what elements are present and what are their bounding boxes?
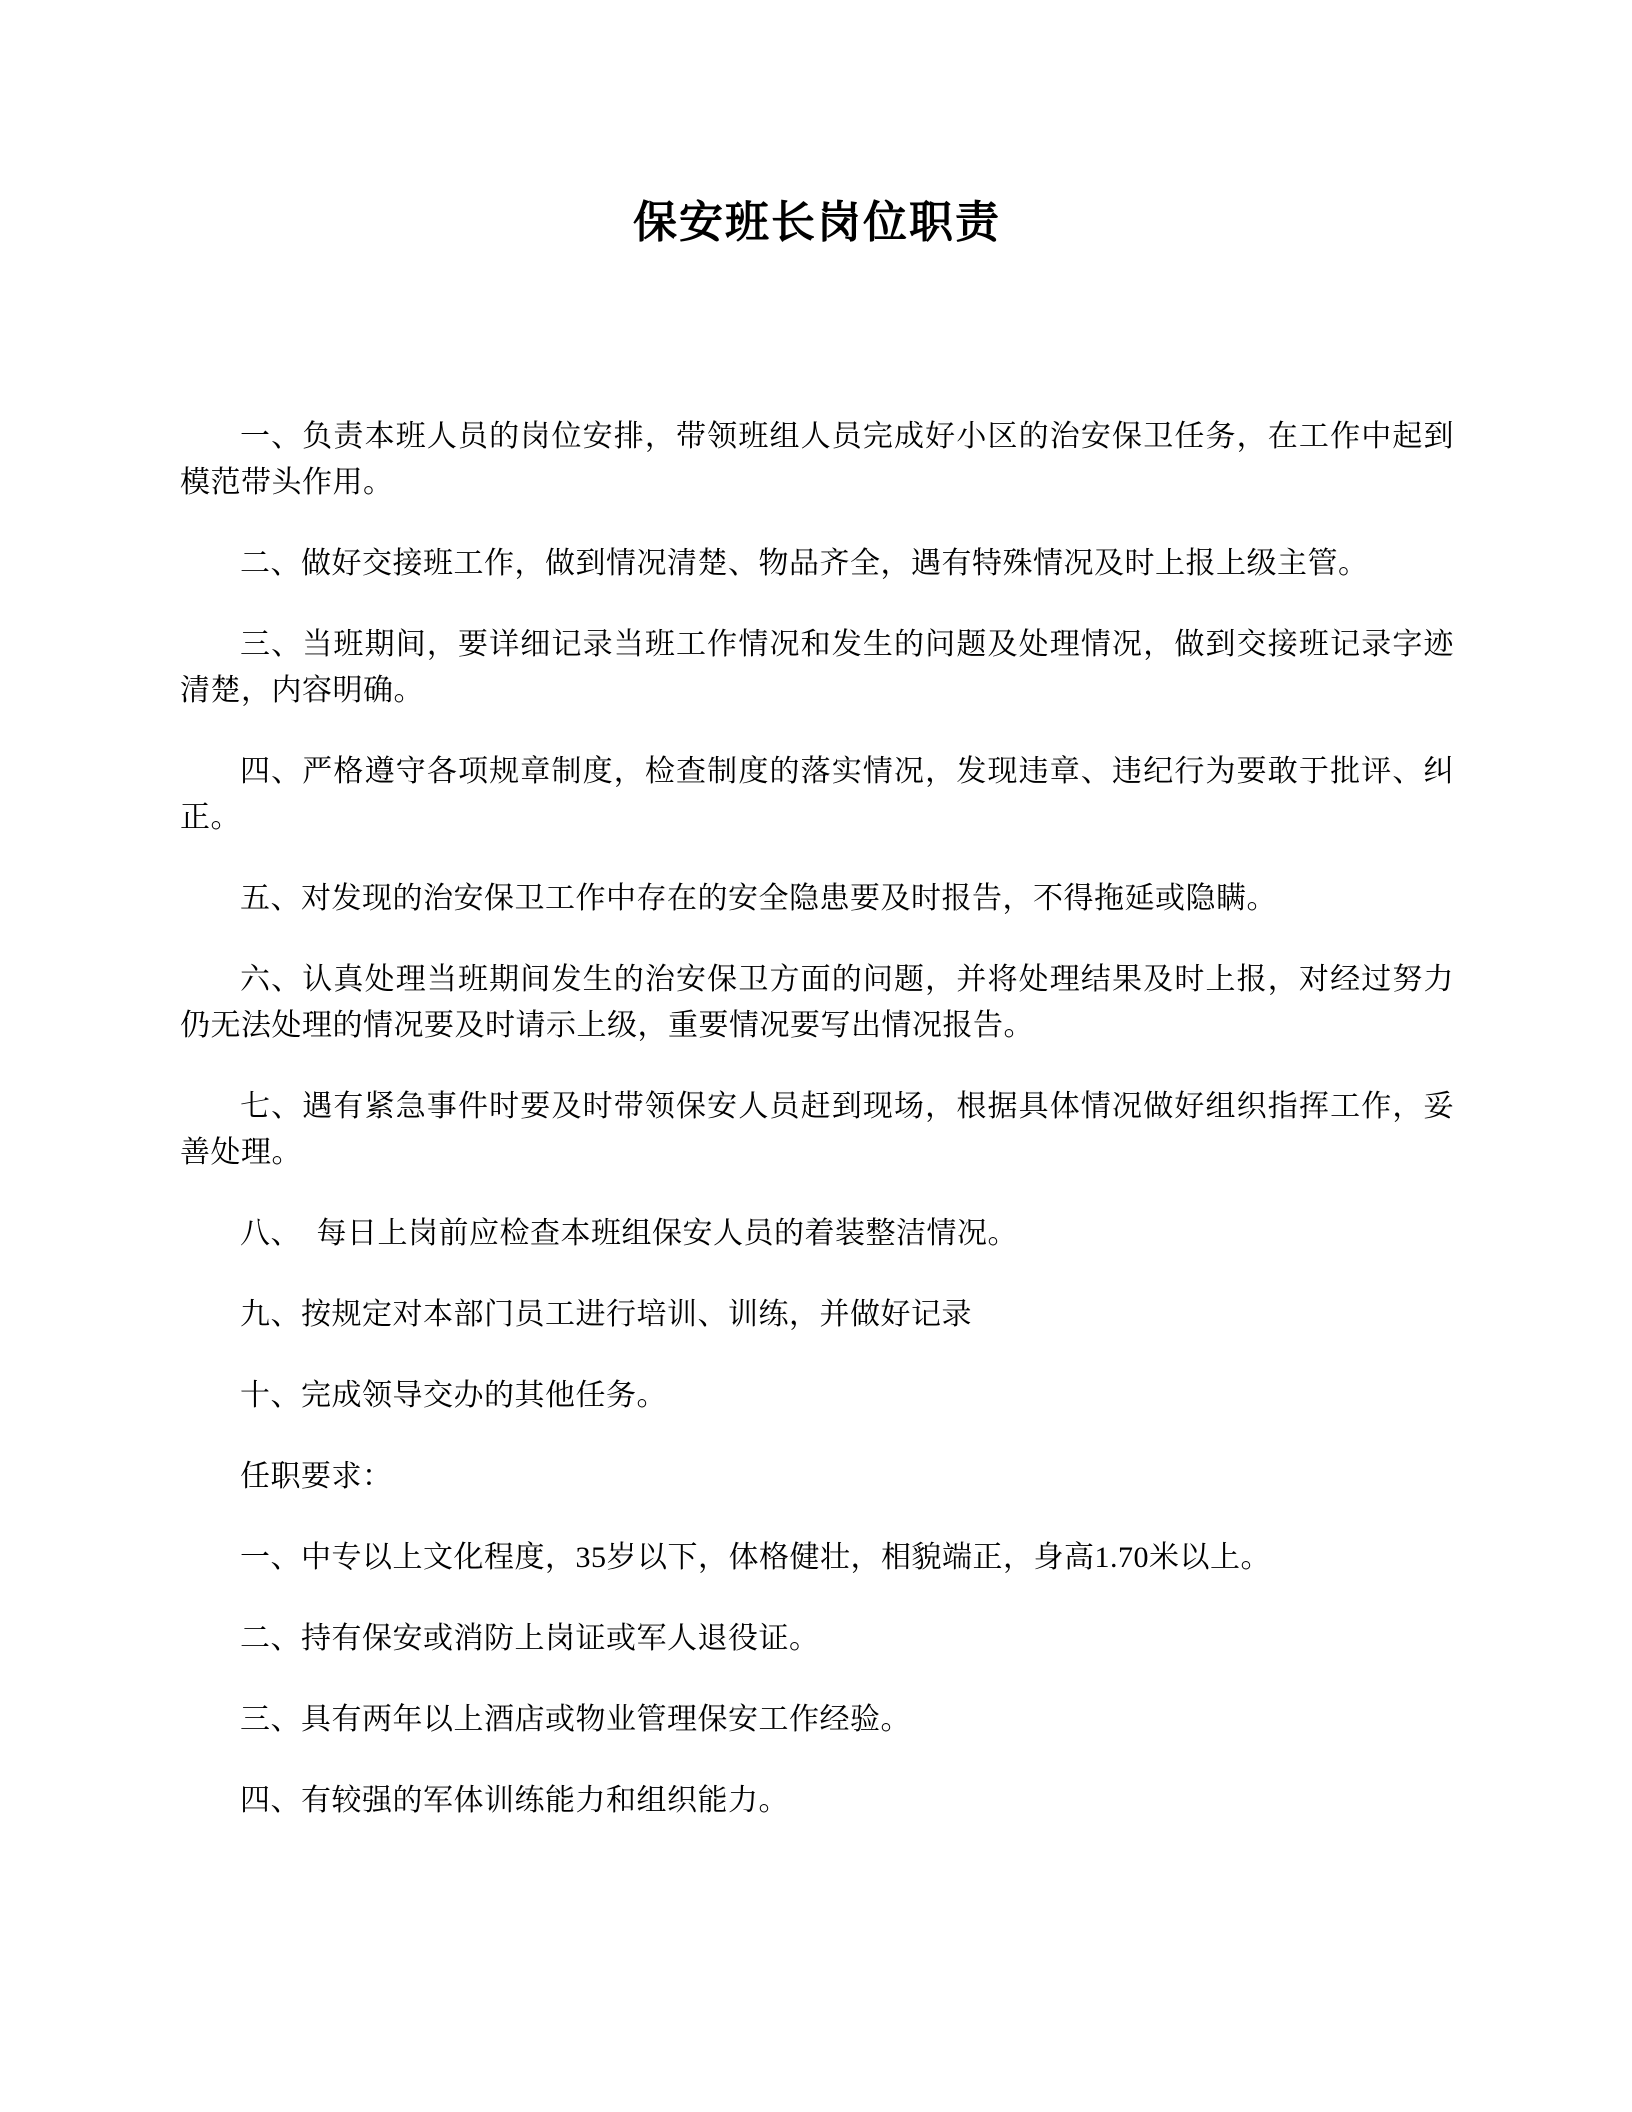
requirement-item-1: 一、中专以上文化程度，35岁以下，体格健壮，相貌端正，身高1.70米以上。 <box>180 1535 1454 1581</box>
requirement-item-3: 三、具有两年以上酒店或物业管理保安工作经验。 <box>180 1697 1454 1743</box>
duty-item-7: 七、遇有紧急事件时要及时带领保安人员赶到现场，根据具体情况做好组织指挥工作，妥善… <box>180 1084 1454 1176</box>
duty-item-5: 五、对发现的治安保卫工作中存在的安全隐患要及时报告，不得拖延或隐瞒。 <box>180 876 1454 922</box>
requirements-label: 任职要求： <box>180 1454 1454 1500</box>
document-title: 保安班长岗位职责 <box>180 190 1454 256</box>
duty-item-10: 十、完成领导交办的其他任务。 <box>180 1373 1454 1419</box>
requirement-item-2: 二、持有保安或消防上岗证或军人退役证。 <box>180 1616 1454 1662</box>
duty-item-8: 八、 每日上岗前应检查本班组保安人员的着装整洁情况。 <box>180 1211 1454 1257</box>
duty-item-1: 一、负责本班人员的岗位安排，带领班组人员完成好小区的治安保卫任务，在工作中起到模… <box>180 414 1454 506</box>
duty-item-9: 九、按规定对本部门员工进行培训、训练，并做好记录 <box>180 1292 1454 1338</box>
duty-item-6: 六、认真处理当班期间发生的治安保卫方面的问题，并将处理结果及时上报，对经过努力仍… <box>180 957 1454 1049</box>
duty-item-3: 三、当班期间，要详细记录当班工作情况和发生的问题及处理情况，做到交接班记录字迹清… <box>180 622 1454 714</box>
duty-item-2: 二、做好交接班工作，做到情况清楚、物品齐全，遇有特殊情况及时上报上级主管。 <box>180 541 1454 587</box>
duty-item-4: 四、严格遵守各项规章制度，检查制度的落实情况，发现违章、违纪行为要敢于批评、纠正… <box>180 749 1454 841</box>
document-page: 保安班长岗位职责 一、负责本班人员的岗位安排，带领班组人员完成好小区的治安保卫任… <box>0 0 1632 2112</box>
requirement-item-4: 四、有较强的军体训练能力和组织能力。 <box>180 1778 1454 1824</box>
